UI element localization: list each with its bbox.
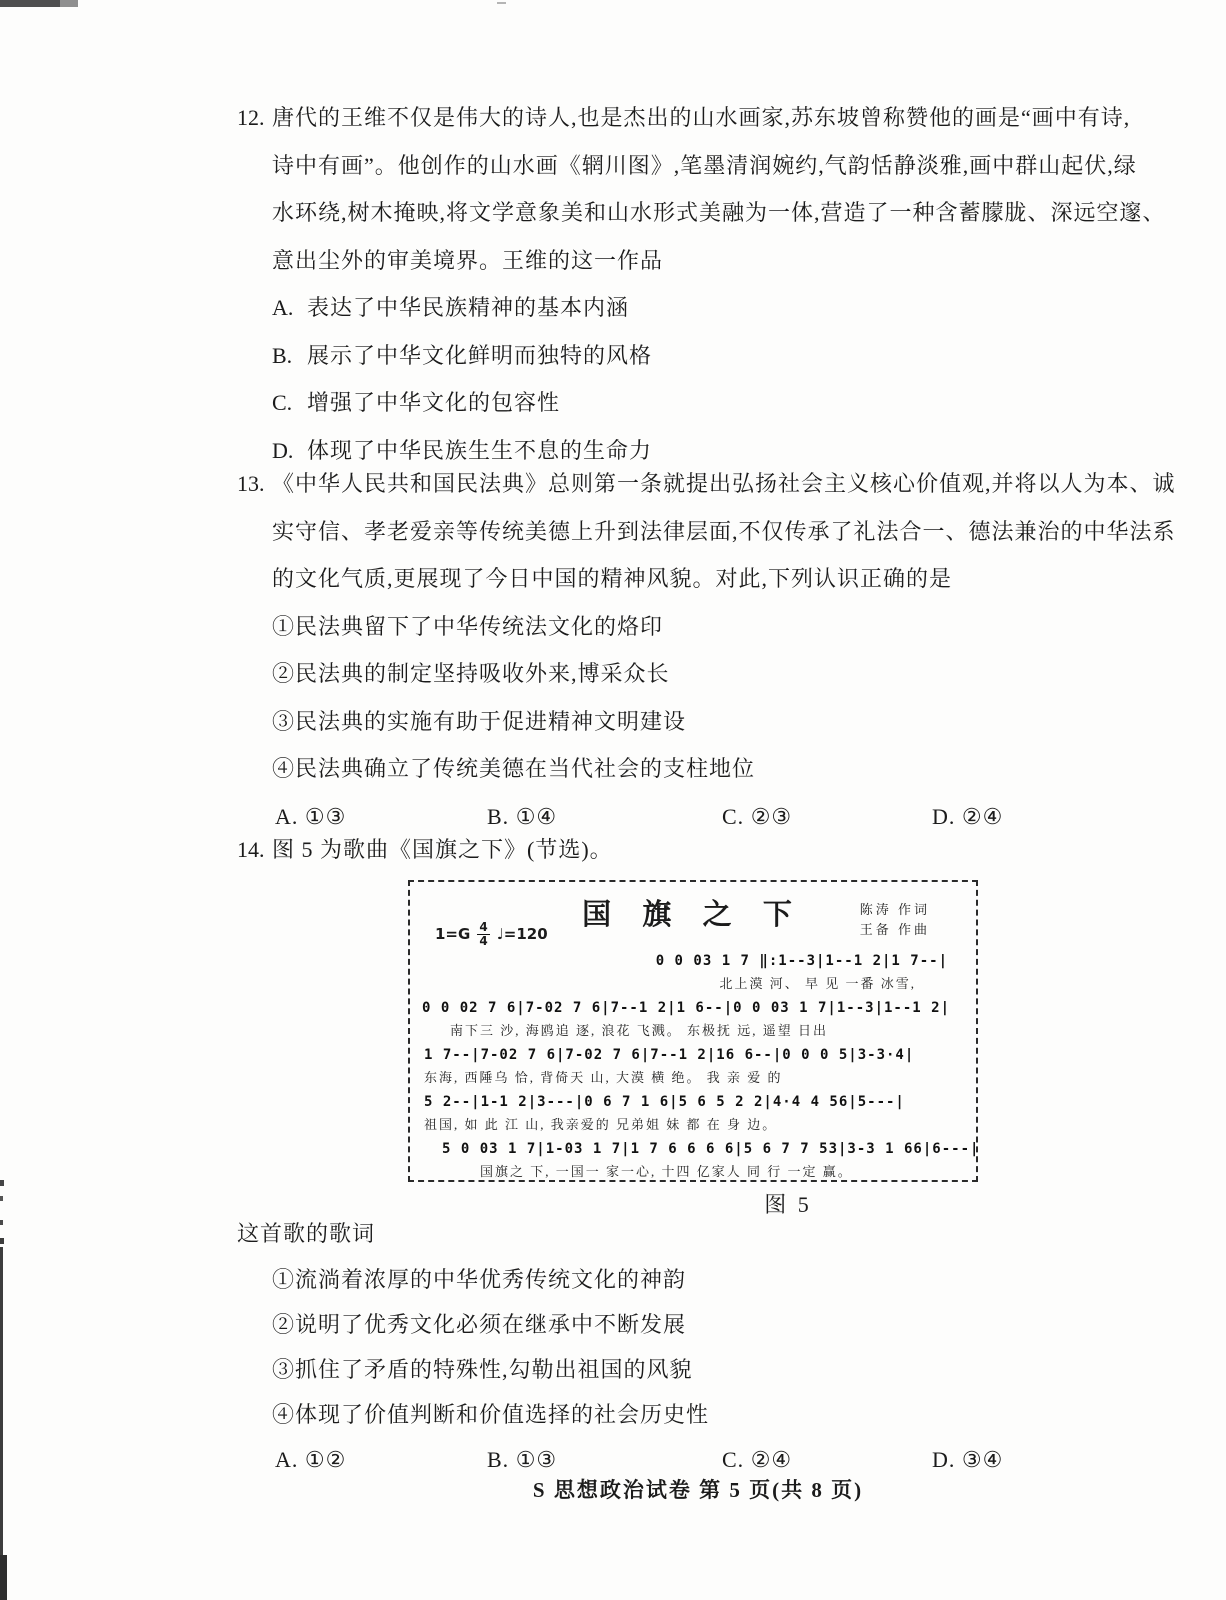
key-signature: 1=G — [435, 925, 470, 943]
question-stem-line: 实守信、孝老爱亲等传统美德上升到法律层面,不仅传承了礼法合一、德法兼治的中华法系 — [237, 508, 1172, 556]
lyrics-line: 祖国, 如 此 江 山, 我亲爱的 兄弟姐 妹 都 在 身 边。 — [410, 1115, 976, 1135]
question-number: 12. — [237, 94, 272, 142]
question-stem-line: 的文化气质,更展现了今日中国的精神风貌。对此,下列认识正确的是 — [237, 555, 1172, 603]
lyrics-line: 南下三 沙, 海鸥追 逐, 浪花 飞溅。 东极抚 远, 遥望 日出 — [410, 1021, 976, 1041]
scan-artifact-left-edge-bottom — [0, 1555, 7, 1600]
question-number: 13. — [237, 460, 272, 508]
score-meta: 1=G 4 4 ♩=120 — [435, 922, 548, 947]
choice-text: ②④ — [962, 804, 1003, 829]
stem-text: 《中华人民共和国民法典》总则第一条就提出弘扬社会主义核心价值观,并将以人为本、诚 — [272, 471, 1176, 496]
choice-c: C. ②③ — [722, 793, 792, 841]
choice-text: ②③ — [751, 804, 792, 829]
option-a: A.表达了中华民族精神的基本内涵 — [237, 284, 1172, 332]
choice-text: ①② — [305, 1447, 346, 1472]
scan-artifact-dash — [0, 1220, 3, 1225]
question-13: 13.《中华人民共和国民法典》总则第一条就提出弘扬社会主义核心价值观,并将以人为… — [237, 460, 1172, 840]
choice-text: ③④ — [962, 1447, 1003, 1472]
option-label: A. — [272, 284, 307, 332]
choice-b: B. ①④ — [487, 793, 557, 841]
score-line-1: 0 0 03 1 7 ‖:1--3|1--1 2|1 7--| 北上漠 河、 早… — [410, 948, 976, 994]
notation-line: 0 0 02 7 6|7-02 7 6|7--1 2|1 6--|0 0 03 … — [410, 995, 976, 1021]
question-stem-line: 意出尘外的审美境界。王维的这一作品 — [237, 237, 1172, 285]
question-12: 12.唐代的王维不仅是伟大的诗人,也是杰出的山水画家,苏东坡曾称赞他的画是“画中… — [237, 94, 1172, 474]
scan-artifact-top-light — [60, 0, 78, 7]
notation-line: 5 2--|1-1 2|3---|0 6 7 1 6|5 6 5 2 2|4·4… — [410, 1089, 976, 1115]
notation-line: 1 7--|7-02 7 6|7-02 7 6|7--1 2|16 6--|0 … — [410, 1042, 976, 1068]
question-stem-line: 水环绕,树木掩映,将文学意象美和山水形式美融为一体,营造了一种含蓄朦胧、深远空邃… — [237, 189, 1172, 237]
option-label: B. — [272, 332, 307, 380]
song-score-figure: 国 旗 之 下 陈涛 作词 王备 作曲 1=G 4 4 ♩=120 0 0 03… — [408, 880, 978, 1182]
option-text: 展示了中华文化鲜明而独特的风格 — [307, 343, 652, 368]
question-14: 14.图 5 为歌曲《国旗之下》(节选)。 国 旗 之 下 陈涛 作词 王备 作… — [237, 826, 1172, 1482]
option-label: C. — [272, 379, 307, 427]
answer-choices: A. ①③ B. ①④ C. ②③ D. ②④ — [237, 793, 1172, 841]
choice-text: ①③ — [305, 804, 346, 829]
time-signature: 4 4 — [477, 922, 489, 947]
choice-label: D. — [932, 1447, 955, 1472]
statement-item-1: ①民法典留下了中华传统法文化的烙印 — [237, 603, 1172, 651]
option-text: 表达了中华民族精神的基本内涵 — [307, 295, 629, 320]
statement-item-2: ②民法典的制定坚持吸收外来,博采众长 — [237, 650, 1172, 698]
scan-artifact-left-edge — [0, 1247, 3, 1600]
lyrics-line: 北上漠 河、 早 见 一番 冰雪, — [410, 974, 976, 994]
choice-label: A. — [275, 804, 298, 829]
lyricist-credit: 陈涛 作词 — [860, 900, 930, 920]
composer-credit: 王备 作曲 — [860, 920, 930, 940]
question-stem-line: 13.《中华人民共和国民法典》总则第一条就提出弘扬社会主义核心价值观,并将以人为… — [237, 460, 1172, 508]
scan-artifact-top — [0, 0, 60, 7]
page-content: 12.唐代的王维不仅是伟大的诗人,也是杰出的山水画家,苏东坡曾称赞他的画是“画中… — [237, 94, 1172, 1482]
choice-text: ②④ — [751, 1447, 792, 1472]
exam-page-scan: 12.唐代的王维不仅是伟大的诗人,也是杰出的山水画家,苏东坡曾称赞他的画是“画中… — [0, 0, 1226, 1600]
lyrics-line: 东海, 西陲乌 恰, 背倚天 山, 大漠 横 绝。 我 亲 爱 的 — [410, 1068, 976, 1088]
followup-text: 这首歌的歌词 — [237, 1210, 1172, 1258]
song-credits: 陈涛 作词 王备 作曲 — [860, 900, 930, 940]
choice-label: C. — [722, 1447, 744, 1472]
tempo-marking: ♩=120 — [497, 925, 548, 943]
statement-item-2: ②说明了优秀文化必须在继承中不断发展 — [237, 1302, 1172, 1347]
choice-a: A. ①③ — [275, 793, 346, 841]
choice-label: B. — [487, 804, 509, 829]
statement-item-3: ③民法典的实施有助于促进精神文明建设 — [237, 698, 1172, 746]
stem-text: 图 5 为歌曲《国旗之下》(节选)。 — [272, 837, 613, 862]
scan-artifact-dash — [0, 1196, 3, 1201]
question-stem-line: 12.唐代的王维不仅是伟大的诗人,也是杰出的山水画家,苏东坡曾称赞他的画是“画中… — [237, 94, 1172, 142]
score-line-5: 5 0 03 1 7|1-03 1 7|1 7 6 6 6 6|5 6 7 7 … — [410, 1136, 976, 1182]
score-line-2: 0 0 02 7 6|7-02 7 6|7--1 2|1 6--|0 0 03 … — [410, 995, 976, 1041]
choice-label: B. — [487, 1447, 509, 1472]
statement-item-4: ④体现了价值判断和价值选择的社会历史性 — [237, 1392, 1172, 1437]
choice-text: ①④ — [516, 804, 557, 829]
option-b: B.展示了中华文化鲜明而独特的风格 — [237, 332, 1172, 380]
option-c: C.增强了中华文化的包容性 — [237, 379, 1172, 427]
score-lines: 0 0 03 1 7 ‖:1--3|1--1 2|1 7--| 北上漠 河、 早… — [410, 948, 976, 1183]
choice-label: D. — [932, 804, 955, 829]
scan-artifact-dash — [0, 1238, 4, 1244]
statement-item-1: ①流淌着浓厚的中华优秀传统文化的神韵 — [237, 1257, 1172, 1302]
score-line-4: 5 2--|1-1 2|3---|0 6 7 1 6|5 6 5 2 2|4·4… — [410, 1089, 976, 1135]
option-text: 增强了中华文化的包容性 — [307, 390, 560, 415]
scan-artifact-dash — [0, 1180, 4, 1186]
score-line-3: 1 7--|7-02 7 6|7-02 7 6|7--1 2|16 6--|0 … — [410, 1042, 976, 1088]
stem-text: 唐代的王维不仅是伟大的诗人,也是杰出的山水画家,苏东坡曾称赞他的画是“画中有诗, — [272, 105, 1130, 130]
choice-d: D. ②④ — [932, 793, 1003, 841]
option-text: 体现了中华民族生生不息的生命力 — [307, 438, 652, 463]
statement-item-3: ③抓住了矛盾的特殊性,勾勒出祖国的风貌 — [237, 1347, 1172, 1392]
choice-label: C. — [722, 804, 744, 829]
choice-label: A. — [275, 1447, 298, 1472]
notation-line: 0 0 03 1 7 ‖:1--3|1--1 2|1 7--| — [410, 948, 976, 974]
lyrics-line: 国旗之 下, 一国一 家一心, 十四 亿家人 同 行 一定 赢。 — [410, 1162, 976, 1182]
statement-item-4: ④民法典确立了传统美德在当代社会的支柱地位 — [237, 745, 1172, 793]
question-stem-line: 诗中有画”。他创作的山水画《辋川图》,笔墨清润婉约,气韵恬静淡雅,画中群山起伏,… — [237, 142, 1172, 190]
page-footer: S 思想政治试卷 第 5 页(共 8 页) — [0, 1474, 1226, 1504]
notation-line: 5 0 03 1 7|1-03 1 7|1 7 6 6 6 6|5 6 7 7 … — [410, 1136, 976, 1162]
scan-artifact-tick — [497, 2, 506, 4]
choice-text: ①③ — [516, 1447, 557, 1472]
